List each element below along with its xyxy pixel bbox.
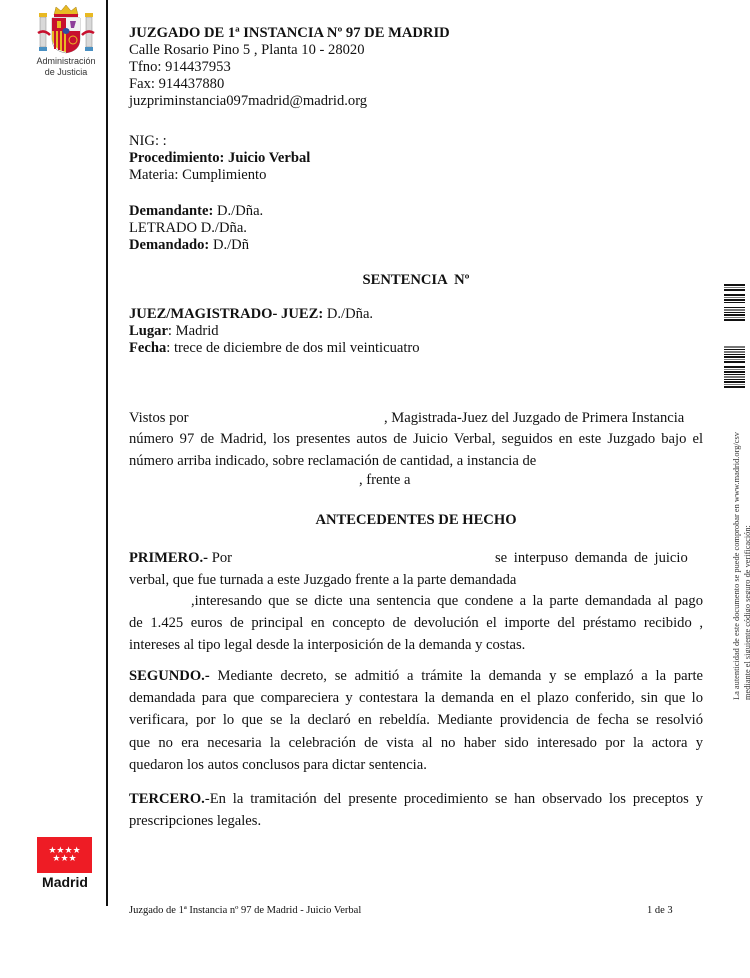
primero-label: PRIMERO.-: [129, 550, 208, 566]
tercero-line1: TERCERO.-En la tramitación del presente …: [129, 788, 703, 810]
segundo-text1: Mediante decreto, se admitió a trámite l…: [217, 668, 703, 684]
lugar: Lugar: Madrid: [129, 323, 219, 340]
primero-line1a: PRIMERO.- Por: [129, 550, 232, 567]
verification-text: La autenticidad de este documento se pue…: [732, 400, 750, 700]
juez-value: D./Dña.: [327, 306, 373, 322]
lugar-label: Lugar: [129, 323, 168, 339]
primero-line4: de 1.425 euros de principal en concepto …: [129, 612, 703, 634]
tercero-line2: prescripciones legales.: [129, 810, 703, 832]
nig: NIG: :: [129, 133, 167, 150]
primero-line5: intereses al tipo legal desde la interpo…: [129, 634, 703, 656]
segundo-line1: SEGUNDO.- Mediante decreto, se admitió a…: [129, 665, 703, 687]
verification-line1: La autenticidad de este documento se pue…: [732, 400, 743, 700]
letrado: LETRADO D./Dña.: [129, 220, 247, 237]
juez-label: JUEZ/MAGISTRADO- JUEZ:: [129, 306, 323, 322]
demandado-label: Demandado:: [129, 237, 209, 253]
fecha: Fecha: trece de diciembre de dos mil vei…: [129, 340, 420, 357]
sentencia-title: SENTENCIA Nº: [129, 272, 703, 289]
segundo-paragraph: SEGUNDO.- Mediante decreto, se admitió a…: [129, 665, 703, 776]
madrid-label: Madrid: [30, 874, 100, 890]
intro-line4: , frente a: [359, 472, 410, 489]
court-email: juzpriminstancia097madrid@madrid.org: [129, 93, 367, 110]
spanish-coat-of-arms-icon: [36, 3, 96, 55]
flag-stars-row2: ★★★: [52, 855, 76, 863]
tercero-text1: -En la tramitación del presente procedim…: [205, 791, 703, 807]
segundo-line2: demandada para que compareciera y contes…: [129, 687, 703, 709]
coat-of-arms-label: Administración de Justicia: [28, 56, 104, 78]
intro-line1b: , Magistrada-Juez del Juzgado de Primera…: [384, 410, 684, 427]
intro-line1a: Vistos por: [129, 410, 189, 427]
court-name: JUZGADO DE 1ª INSTANCIA Nº 97 DE MADRID: [129, 25, 450, 42]
primero-por: Por: [212, 550, 232, 566]
demandante-label: Demandante:: [129, 203, 213, 219]
procedimiento-label: Procedimiento:: [129, 150, 224, 166]
demandado: Demandado: D./Dñ: [129, 237, 249, 254]
segundo-label: SEGUNDO.-: [129, 668, 210, 684]
logo-label-line1: Administración: [28, 56, 104, 67]
lugar-value: : Madrid: [168, 323, 219, 339]
fecha-label: Fecha: [129, 340, 166, 356]
court-phone: Tfno: 914437953: [129, 59, 231, 76]
page-number: 1 de 3: [647, 905, 673, 916]
barcode-icon: [724, 346, 745, 389]
margin-rule: [106, 0, 108, 906]
procedimiento-value: Juicio Verbal: [228, 150, 310, 166]
segundo-line3: verificara, por lo que se la declaró en …: [129, 709, 703, 731]
primero-line2: verbal, que fue turnada a este Juzgado f…: [129, 572, 516, 589]
intro-paragraph: número 97 de Madrid, los presentes autos…: [129, 428, 703, 472]
court-address: Calle Rosario Pino 5 , Planta 10 - 28020: [129, 42, 365, 59]
fecha-value: : trece de diciembre de dos mil veinticu…: [166, 340, 419, 356]
segundo-line4: que no era necesaria la celebración de v…: [129, 732, 703, 754]
footer-court: Juzgado de 1ª Instancia nº 97 de Madrid …: [129, 905, 361, 916]
primero-line3: ,interesando que se dicte una sentencia …: [129, 590, 703, 612]
intro-line2: número 97 de Madrid, los presentes autos…: [129, 428, 703, 450]
court-fax: Fax: 914437880: [129, 76, 224, 93]
tercero-label: TERCERO.: [129, 791, 205, 807]
primero-line1b: se interpuso demanda de juicio: [495, 550, 688, 567]
logo-label-line2: de Justicia: [28, 67, 104, 78]
tercero-paragraph: TERCERO.-En la tramitación del presente …: [129, 788, 703, 832]
barcode-icon: [724, 284, 745, 322]
materia: Materia: Cumplimiento: [129, 167, 266, 184]
intro-line3: número arriba indicado, sobre reclamació…: [129, 450, 703, 472]
procedimiento: Procedimiento: Juicio Verbal: [129, 150, 310, 167]
juez: JUEZ/MAGISTRADO- JUEZ: D./Dña.: [129, 306, 373, 323]
antecedentes-heading: ANTECEDENTES DE HECHO: [129, 512, 703, 529]
demandante-value: D./Dña.: [217, 203, 263, 219]
madrid-flag-icon: ★★★★ ★★★: [37, 837, 92, 873]
primero-paragraph: ,interesando que se dicte una sentencia …: [129, 590, 703, 657]
demandado-value: D./Dñ: [213, 237, 249, 253]
verification-line2: mediante el siguiente código seguro de v…: [743, 400, 750, 700]
demandante: Demandante: D./Dña.: [129, 203, 263, 220]
segundo-line5: quedaron los autos conclusos para dictar…: [129, 754, 703, 776]
